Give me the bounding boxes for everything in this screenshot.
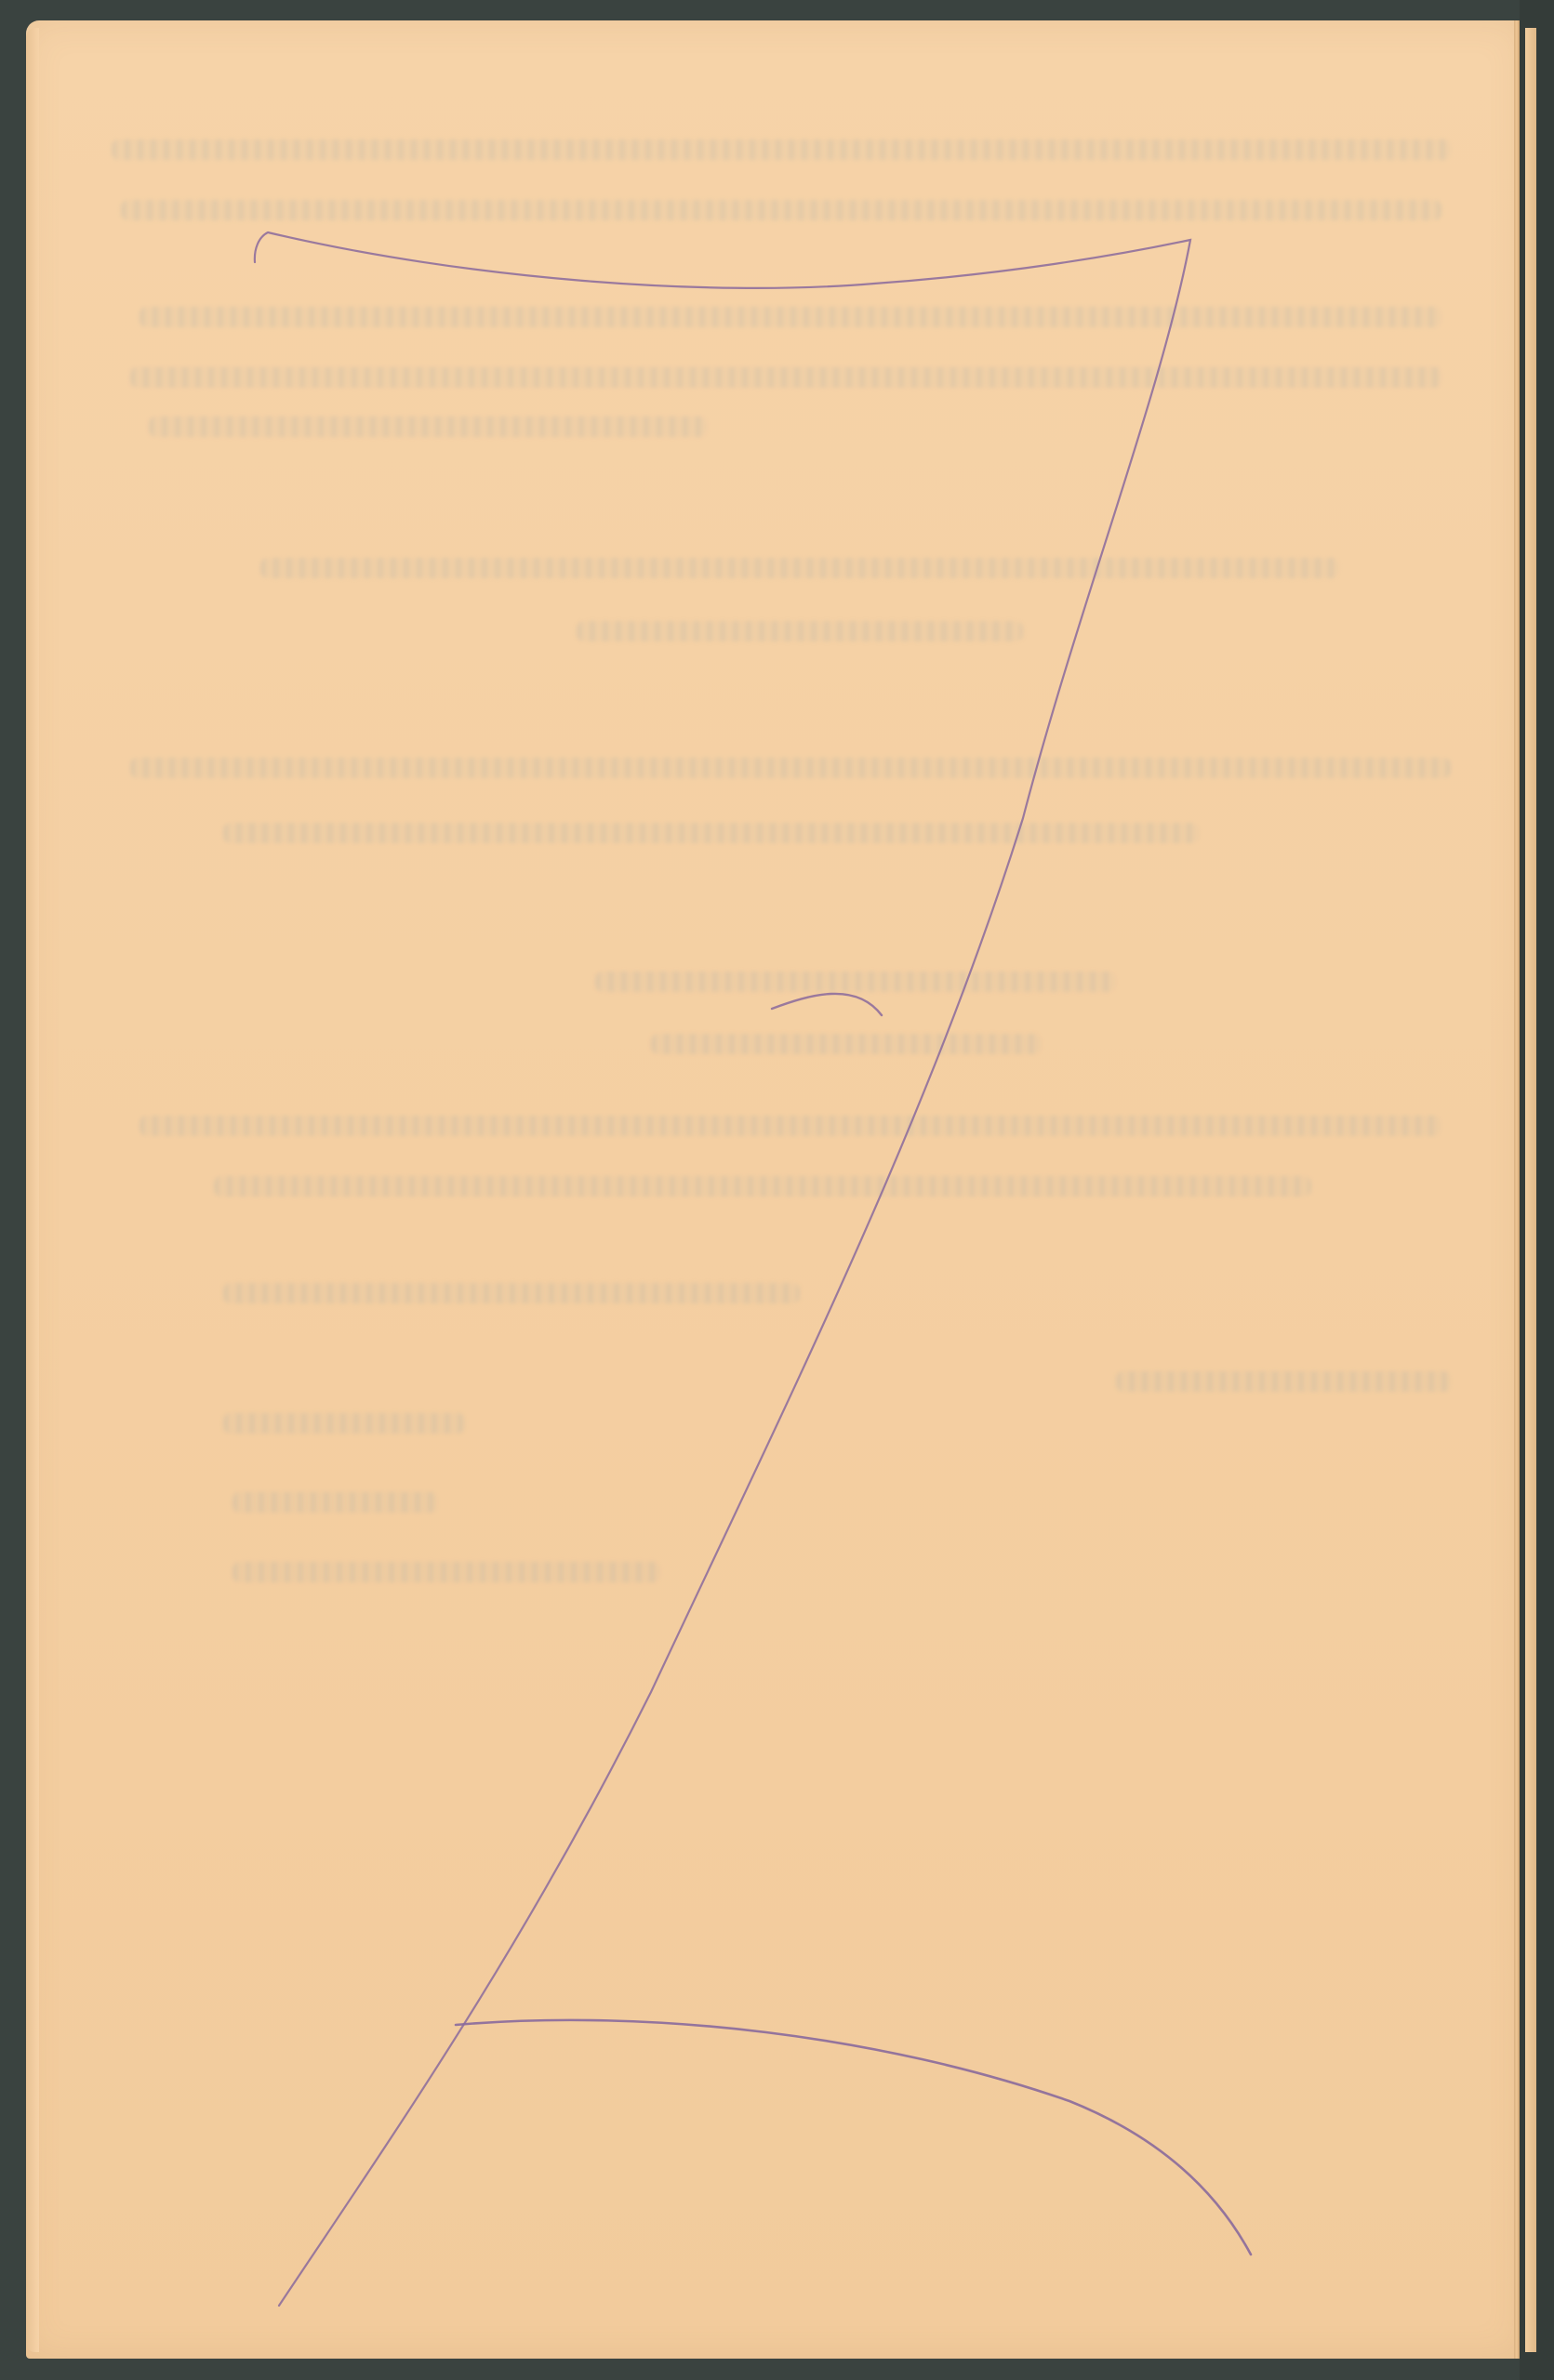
cancellation-mark [0,0,1554,2380]
